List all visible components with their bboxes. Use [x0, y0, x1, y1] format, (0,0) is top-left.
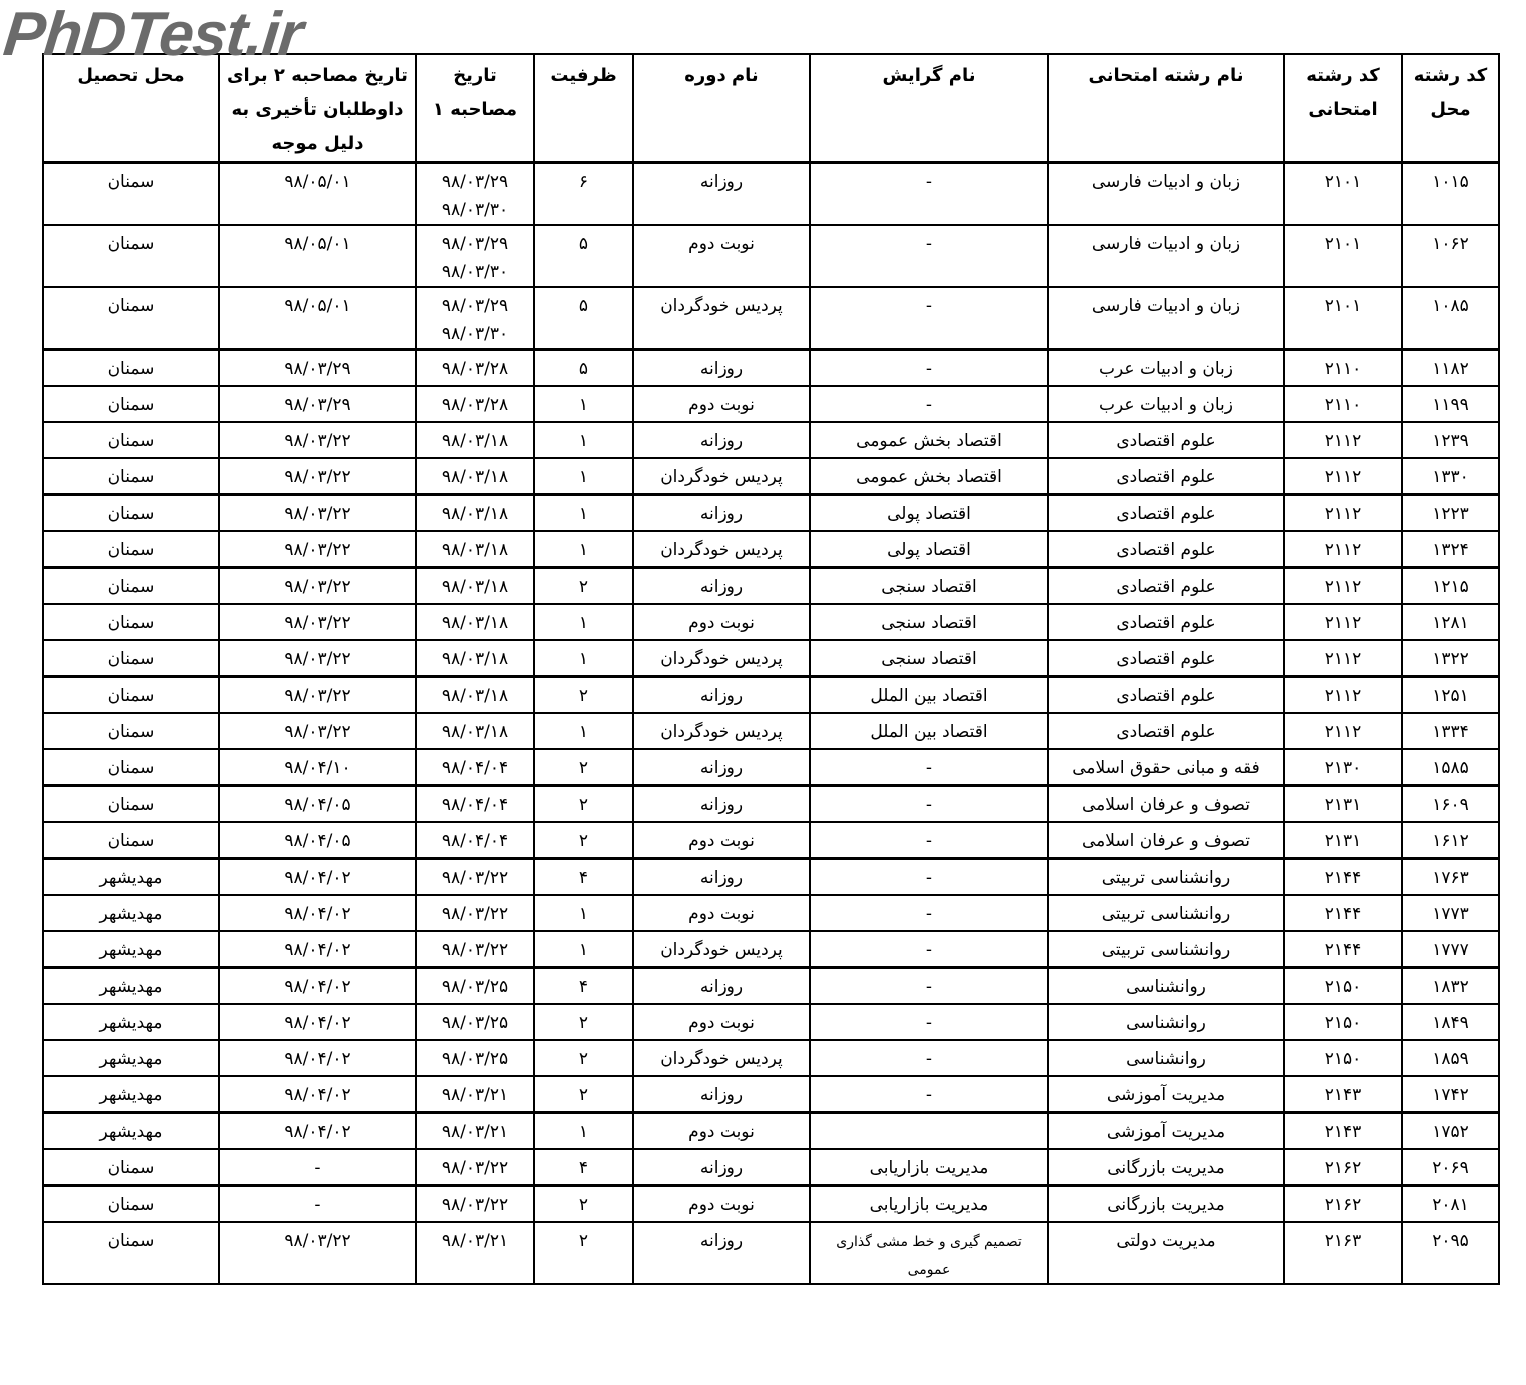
course-text: نوبت دوم	[688, 1122, 755, 1142]
table-row: ۲۰۸۱۲۱۶۲مدیریت بازرگانیمدیریت بازاریابین…	[43, 1186, 1499, 1223]
course-text: نوبت دوم	[688, 234, 755, 254]
interview2-text: ۹۸/۰۳/۲۲	[284, 467, 350, 487]
cell-interview2: ۹۸/۰۵/۰۱	[219, 225, 416, 287]
header-capacity: ظرفیت	[534, 54, 633, 163]
cell-interview2: ۹۸/۰۳/۲۲	[219, 1222, 416, 1284]
capacity-text: ۲	[579, 758, 588, 778]
interview1-date: ۹۸/۰۳/۲۹	[421, 168, 529, 196]
cell-interview1: ۹۸/۰۳/۲۵	[416, 1040, 534, 1076]
cell-capacity: ۲	[534, 1186, 633, 1223]
cell-capacity: ۲	[534, 1040, 633, 1076]
cell-code-exam: ۲۱۱۲	[1284, 640, 1402, 677]
cell-orientation: -	[810, 1076, 1048, 1113]
interview2-text: ۹۸/۰۳/۲۹	[284, 395, 350, 415]
cell-orientation: -	[810, 287, 1048, 350]
interview2-text: ۹۸/۰۳/۲۲	[284, 613, 350, 633]
cell-code-exam: ۲۱۰۱	[1284, 163, 1402, 226]
table-row: ۱۸۴۹۲۱۵۰روانشناسی-نوبت دوم۲۹۸/۰۳/۲۵۹۸/۰۴…	[43, 1004, 1499, 1040]
cell-course: نوبت دوم	[633, 1004, 810, 1040]
code-mahal-text: ۱۳۲۲	[1432, 649, 1469, 669]
cell-course: نوبت دوم	[633, 386, 810, 422]
interview2-text: ۹۸/۰۴/۰۲	[284, 868, 350, 888]
code-mahal-text: ۱۵۸۵	[1432, 758, 1469, 778]
course-text: پردیس خودگردان	[660, 540, 783, 560]
code-mahal-text: ۲۰۹۵	[1432, 1231, 1469, 1251]
exam-field-text: زبان و ادبیات فارسی	[1092, 172, 1240, 192]
location-text: سمنان	[108, 686, 155, 706]
table-row: ۱۷۴۲۲۱۴۳مدیریت آموزشی-روزانه۲۹۸/۰۳/۲۱۹۸/…	[43, 1076, 1499, 1113]
table-body: ۱۰۱۵۲۱۰۱زبان و ادبیات فارسی-روزانه۶۹۸/۰۳…	[43, 163, 1499, 1285]
cell-course: نوبت دوم	[633, 822, 810, 859]
interview1-text: ۹۸/۰۳/۲۸	[442, 395, 508, 415]
header-course: نام دوره	[633, 54, 810, 163]
interview2-text: ۹۸/۰۳/۲۲	[284, 722, 350, 742]
orientation-text: مدیریت بازاریابی	[870, 1158, 989, 1178]
interview1-text: ۹۸/۰۳/۲۵	[442, 977, 508, 997]
capacity-text: ۵	[579, 234, 588, 254]
code-mahal-text: ۱۲۱۵	[1432, 577, 1469, 597]
cell-capacity: ۱	[534, 895, 633, 931]
cell-code-exam: ۲۱۱۲	[1284, 568, 1402, 605]
interview2-text: ۹۸/۰۴/۰۲	[284, 940, 350, 960]
table-row: ۱۸۵۹۲۱۵۰روانشناسی-پردیس خودگردان۲۹۸/۰۳/۲…	[43, 1040, 1499, 1076]
capacity-text: ۱	[579, 649, 588, 669]
cell-capacity: ۲	[534, 786, 633, 823]
code-mahal-text: ۱۶۱۲	[1432, 831, 1469, 851]
interview2-text: ۹۸/۰۵/۰۱	[284, 234, 350, 254]
cell-interview2: ۹۸/۰۴/۰۲	[219, 1004, 416, 1040]
table-row: ۱۶۰۹۲۱۳۱تصوف و عرفان اسلامی-روزانه۲۹۸/۰۴…	[43, 786, 1499, 823]
cell-interview1: ۹۸/۰۳/۲۵	[416, 1004, 534, 1040]
cell-location: سمنان	[43, 822, 219, 859]
code-exam-text: ۲۱۴۳	[1325, 1085, 1362, 1105]
capacity-text: ۱	[579, 940, 588, 960]
course-text: روزانه	[700, 172, 743, 192]
orientation-text: اقتصاد پولی	[887, 504, 971, 524]
exam-field-text: روانشناسی	[1126, 977, 1206, 997]
code-exam-text: ۲۱۱۲	[1325, 431, 1362, 451]
cell-location: سمنان	[43, 640, 219, 677]
cell-code-mahal: ۱۱۸۲	[1402, 350, 1499, 387]
capacity-text: ۲	[579, 1049, 588, 1069]
capacity-text: ۱	[579, 722, 588, 742]
cell-code-mahal: ۱۸۳۲	[1402, 968, 1499, 1005]
code-mahal-text: ۱۸۳۲	[1432, 977, 1469, 997]
cell-orientation: -	[810, 931, 1048, 968]
cell-course: پردیس خودگردان	[633, 458, 810, 495]
interview1-text: ۹۸/۰۳/۲۵	[442, 1049, 508, 1069]
cell-location: سمنان	[43, 604, 219, 640]
orientation-text: -	[926, 758, 932, 778]
cell-interview1: ۹۸/۰۴/۰۴	[416, 786, 534, 823]
interview2-text: ۹۸/۰۳/۲۲	[284, 431, 350, 451]
interview2-text: ۹۸/۰۳/۲۹	[284, 359, 350, 379]
code-exam-text: ۲۱۳۱	[1325, 795, 1362, 815]
cell-orientation: -	[810, 386, 1048, 422]
interview2-text: ۹۸/۰۳/۲۲	[284, 540, 350, 560]
code-exam-text: ۲۱۱۲	[1325, 613, 1362, 633]
cell-interview2: ۹۸/۰۴/۰۲	[219, 968, 416, 1005]
code-mahal-text: ۲۰۶۹	[1432, 1158, 1469, 1178]
cell-interview2: -	[219, 1149, 416, 1186]
cell-exam-field: روانشناسی تربیتی	[1048, 895, 1284, 931]
code-exam-text: ۲۱۱۰	[1325, 359, 1362, 379]
interview2-text: ۹۸/۰۳/۲۲	[284, 504, 350, 524]
cell-code-mahal: ۱۷۷۳	[1402, 895, 1499, 931]
cell-code-exam: ۲۱۱۲	[1284, 713, 1402, 749]
cell-capacity: ۲	[534, 749, 633, 786]
interview1-text: ۹۸/۰۳/۲۲	[442, 904, 508, 924]
cell-code-mahal: ۱۲۲۳	[1402, 495, 1499, 532]
location-text: سمنان	[108, 359, 155, 379]
cell-interview2: ۹۸/۰۳/۲۲	[219, 422, 416, 458]
code-exam-text: ۲۱۱۲	[1325, 467, 1362, 487]
code-mahal-text: ۱۲۸۱	[1432, 613, 1469, 633]
cell-code-mahal: ۱۳۲۲	[1402, 640, 1499, 677]
exam-field-text: تصوف و عرفان اسلامی	[1082, 831, 1250, 851]
orientation-text: -	[926, 1013, 932, 1033]
interview1-text: ۹۸/۰۳/۱۸	[442, 577, 508, 597]
cell-code-mahal: ۱۲۱۵	[1402, 568, 1499, 605]
interview1-text: ۹۸/۰۳/۱۸	[442, 504, 508, 524]
course-text: پردیس خودگردان	[660, 940, 783, 960]
cell-capacity: ۴	[534, 1149, 633, 1186]
cell-interview2: ۹۸/۰۴/۰۵	[219, 786, 416, 823]
course-text: روزانه	[700, 795, 743, 815]
cell-code-mahal: ۱۰۶۲	[1402, 225, 1499, 287]
location-text: مهدیشهر	[100, 977, 163, 997]
cell-orientation: اقتصاد پولی	[810, 531, 1048, 568]
code-exam-text: ۲۱۶۲	[1325, 1195, 1362, 1215]
table-row: ۱۲۲۳۲۱۱۲علوم اقتصادیاقتصاد پولیروزانه۱۹۸…	[43, 495, 1499, 532]
cell-course: پردیس خودگردان	[633, 640, 810, 677]
cell-interview1: ۹۸/۰۳/۱۸	[416, 677, 534, 714]
interview2-text: ۹۸/۰۴/۰۲	[284, 1085, 350, 1105]
cell-capacity: ۲	[534, 568, 633, 605]
exam-field-text: مدیریت آموزشی	[1107, 1085, 1225, 1105]
cell-exam-field: فقه و مبانی حقوق اسلامی	[1048, 749, 1284, 786]
cell-exam-field: مدیریت آموزشی	[1048, 1113, 1284, 1150]
exam-field-text: زبان و ادبیات فارسی	[1092, 234, 1240, 254]
cell-capacity: ۱	[534, 931, 633, 968]
capacity-text: ۱	[579, 467, 588, 487]
cell-orientation: -	[810, 350, 1048, 387]
cell-interview1: ۹۸/۰۳/۲۸	[416, 350, 534, 387]
cell-interview2: ۹۸/۰۳/۲۲	[219, 531, 416, 568]
orientation-text: -	[926, 395, 932, 415]
cell-course: نوبت دوم	[633, 1186, 810, 1223]
cell-capacity: ۵	[534, 225, 633, 287]
cell-orientation: مدیریت بازاریابی	[810, 1186, 1048, 1223]
cell-location: سمنان	[43, 163, 219, 226]
course-text: روزانه	[700, 359, 743, 379]
location-text: سمنان	[108, 467, 155, 487]
course-text: نوبت دوم	[688, 904, 755, 924]
course-text: روزانه	[700, 758, 743, 778]
cell-capacity: ۱	[534, 458, 633, 495]
course-text: نوبت دوم	[688, 1013, 755, 1033]
course-text: روزانه	[700, 577, 743, 597]
cell-code-exam: ۲۱۱۰	[1284, 350, 1402, 387]
cell-location: سمنان	[43, 713, 219, 749]
cell-orientation: اقتصاد بین الملل	[810, 677, 1048, 714]
cell-exam-field: زبان و ادبیات عرب	[1048, 350, 1284, 387]
cell-location: مهدیشهر	[43, 968, 219, 1005]
cell-code-exam: ۲۱۱۲	[1284, 422, 1402, 458]
cell-code-mahal: ۱۶۱۲	[1402, 822, 1499, 859]
cell-location: مهدیشهر	[43, 1004, 219, 1040]
table-row: ۱۷۵۲۲۱۴۳مدیریت آموزشینوبت دوم۱۹۸/۰۳/۲۱۹۸…	[43, 1113, 1499, 1150]
interview1-date-alt: ۹۸/۰۳/۳۰	[421, 196, 529, 224]
location-text: سمنان	[108, 395, 155, 415]
header-row: کد رشته محل کد رشته امتحانی نام رشته امت…	[43, 54, 1499, 163]
interview1-text: ۹۸/۰۳/۱۸	[442, 540, 508, 560]
course-text: روزانه	[700, 868, 743, 888]
cell-location: سمنان	[43, 386, 219, 422]
code-mahal-text: ۱۰۸۵	[1432, 296, 1469, 316]
cell-code-mahal: ۱۸۵۹	[1402, 1040, 1499, 1076]
interview1-text: ۹۸/۰۳/۲۵	[442, 1013, 508, 1033]
course-text: روزانه	[700, 686, 743, 706]
capacity-text: ۲	[579, 577, 588, 597]
cell-interview1: ۹۸/۰۴/۰۴	[416, 822, 534, 859]
location-text: سمنان	[108, 172, 155, 192]
table-row: ۱۸۳۲۲۱۵۰روانشناسی-روزانه۴۹۸/۰۳/۲۵۹۸/۰۴/۰…	[43, 968, 1499, 1005]
cell-code-exam: ۲۱۵۰	[1284, 1004, 1402, 1040]
cell-course: روزانه	[633, 677, 810, 714]
interview1-text: ۹۸/۰۳/۱۸	[442, 613, 508, 633]
cell-code-exam: ۲۱۴۳	[1284, 1113, 1402, 1150]
course-text: روزانه	[700, 431, 743, 451]
cell-code-mahal: ۱۲۳۹	[1402, 422, 1499, 458]
table-row: ۱۳۲۴۲۱۱۲علوم اقتصادیاقتصاد پولیپردیس خود…	[43, 531, 1499, 568]
cell-interview1: ۹۸/۰۳/۲۹۹۸/۰۳/۳۰	[416, 225, 534, 287]
location-text: سمنان	[108, 296, 155, 316]
cell-interview2: ۹۸/۰۴/۰۲	[219, 931, 416, 968]
cell-interview1: ۹۸/۰۳/۱۸	[416, 495, 534, 532]
interview2-text: ۹۸/۰۵/۰۱	[284, 172, 350, 192]
cell-code-exam: ۲۱۱۰	[1284, 386, 1402, 422]
exam-field-text: روانشناسی تربیتی	[1102, 940, 1230, 960]
location-text: مهدیشهر	[100, 940, 163, 960]
cell-exam-field: روانشناسی تربیتی	[1048, 931, 1284, 968]
cell-orientation: -	[810, 163, 1048, 226]
orientation-text: -	[926, 940, 932, 960]
cell-location: مهدیشهر	[43, 1113, 219, 1150]
capacity-text: ۱	[579, 904, 588, 924]
cell-code-mahal: ۱۵۸۵	[1402, 749, 1499, 786]
cell-code-exam: ۲۱۳۱	[1284, 786, 1402, 823]
cell-code-mahal: ۱۱۹۹	[1402, 386, 1499, 422]
cell-capacity: ۶	[534, 163, 633, 226]
cell-location: سمنان	[43, 225, 219, 287]
interview1-text: ۹۸/۰۴/۰۴	[442, 758, 508, 778]
cell-orientation	[810, 1113, 1048, 1150]
capacity-text: ۲	[579, 795, 588, 815]
cell-location: سمنان	[43, 350, 219, 387]
orientation-text: -	[926, 795, 932, 815]
cell-orientation: -	[810, 1004, 1048, 1040]
cell-code-exam: ۲۱۱۲	[1284, 495, 1402, 532]
interview2-text: -	[314, 1195, 320, 1215]
capacity-text: ۲	[579, 1085, 588, 1105]
location-text: سمنان	[108, 722, 155, 742]
cell-code-mahal: ۱۳۳۴	[1402, 713, 1499, 749]
cell-exam-field: علوم اقتصادی	[1048, 713, 1284, 749]
location-text: مهدیشهر	[100, 1013, 163, 1033]
interview2-text: ۹۸/۰۴/۰۲	[284, 1013, 350, 1033]
cell-code-mahal: ۱۷۷۷	[1402, 931, 1499, 968]
cell-course: روزانه	[633, 163, 810, 226]
orientation-text: -	[926, 296, 932, 316]
cell-code-mahal: ۱۳۳۰	[1402, 458, 1499, 495]
cell-interview1: ۹۸/۰۳/۱۸	[416, 713, 534, 749]
cell-location: سمنان	[43, 422, 219, 458]
cell-orientation: اقتصاد سنجی	[810, 604, 1048, 640]
interview1-date: ۹۸/۰۳/۲۹	[421, 230, 529, 258]
cell-exam-field: روانشناسی	[1048, 968, 1284, 1005]
location-text: سمنان	[108, 577, 155, 597]
location-text: سمنان	[108, 1231, 155, 1251]
cell-capacity: ۱	[534, 422, 633, 458]
cell-orientation: -	[810, 225, 1048, 287]
course-text: نوبت دوم	[688, 831, 755, 851]
orientation-text: -	[926, 868, 932, 888]
orientation-text: -	[926, 234, 932, 254]
cell-exam-field: علوم اقتصادی	[1048, 677, 1284, 714]
cell-code-exam: ۲۱۵۰	[1284, 1040, 1402, 1076]
cell-code-mahal: ۱۷۵۲	[1402, 1113, 1499, 1150]
cell-orientation: اقتصاد سنجی	[810, 568, 1048, 605]
code-mahal-text: ۱۳۳۰	[1432, 467, 1469, 487]
code-mahal-text: ۲۰۸۱	[1432, 1195, 1469, 1215]
orientation-text: تصمیم گیری و خط مشی گذاری عمومی	[836, 1234, 1021, 1278]
cell-code-exam: ۲۱۳۰	[1284, 749, 1402, 786]
code-exam-text: ۲۱۱۲	[1325, 540, 1362, 560]
code-mahal-text: ۱۲۵۱	[1432, 686, 1469, 706]
capacity-text: ۱	[579, 540, 588, 560]
location-text: سمنان	[108, 1195, 155, 1215]
course-text: پردیس خودگردان	[660, 467, 783, 487]
cell-exam-field: زبان و ادبیات عرب	[1048, 386, 1284, 422]
capacity-text: ۲	[579, 831, 588, 851]
cell-code-exam: ۲۱۱۲	[1284, 458, 1402, 495]
location-text: سمنان	[108, 613, 155, 633]
cell-course: پردیس خودگردان	[633, 1040, 810, 1076]
table-row: ۱۱۸۲۲۱۱۰زبان و ادبیات عرب-روزانه۵۹۸/۰۳/۲…	[43, 350, 1499, 387]
cell-exam-field: روانشناسی	[1048, 1040, 1284, 1076]
capacity-text: ۱	[579, 395, 588, 415]
cell-location: سمنان	[43, 1222, 219, 1284]
cell-location: سمنان	[43, 1149, 219, 1186]
interview1-date-alt: ۹۸/۰۳/۳۰	[421, 258, 529, 286]
interview1-date-alt: ۹۸/۰۳/۳۰	[421, 320, 529, 348]
cell-exam-field: مدیریت دولتی	[1048, 1222, 1284, 1284]
code-exam-text: ۲۱۱۲	[1325, 722, 1362, 742]
code-mahal-text: ۱۸۴۹	[1432, 1013, 1469, 1033]
interview1-text: ۹۸/۰۳/۲۱	[442, 1231, 508, 1251]
orientation-text: اقتصاد سنجی	[881, 649, 976, 669]
cell-interview1: ۹۸/۰۳/۲۵	[416, 968, 534, 1005]
cell-code-exam: ۲۱۱۲	[1284, 677, 1402, 714]
cell-code-mahal: ۲۰۸۱	[1402, 1186, 1499, 1223]
code-mahal-text: ۱۳۲۴	[1432, 540, 1469, 560]
cell-interview2: ۹۸/۰۴/۰۵	[219, 822, 416, 859]
capacity-text: ۵	[579, 359, 588, 379]
cell-orientation: مدیریت بازاریابی	[810, 1149, 1048, 1186]
cell-code-mahal: ۱۸۴۹	[1402, 1004, 1499, 1040]
cell-capacity: ۲	[534, 1076, 633, 1113]
cell-interview2: ۹۸/۰۳/۲۲	[219, 677, 416, 714]
code-mahal-text: ۱۱۹۹	[1432, 395, 1469, 415]
cell-interview1: ۹۸/۰۳/۲۹۹۸/۰۳/۳۰	[416, 163, 534, 226]
exam-field-text: علوم اقتصادی	[1116, 540, 1215, 560]
interview1-text: ۹۸/۰۳/۲۱	[442, 1122, 508, 1142]
code-mahal-text: ۱۰۶۲	[1432, 234, 1469, 254]
location-text: مهدیشهر	[100, 1049, 163, 1069]
capacity-text: ۵	[579, 296, 588, 316]
cell-interview2: ۹۸/۰۴/۰۲	[219, 895, 416, 931]
capacity-text: ۱	[579, 504, 588, 524]
code-mahal-text: ۱۸۵۹	[1432, 1049, 1469, 1069]
cell-interview1: ۹۸/۰۳/۲۲	[416, 1149, 534, 1186]
cell-exam-field: زبان و ادبیات فارسی	[1048, 287, 1284, 350]
table-row: ۱۳۳۰۲۱۱۲علوم اقتصادیاقتصاد بخش عمومیپردی…	[43, 458, 1499, 495]
cell-orientation: -	[810, 968, 1048, 1005]
location-text: سمنان	[108, 831, 155, 851]
cell-exam-field: علوم اقتصادی	[1048, 531, 1284, 568]
cell-location: سمنان	[43, 568, 219, 605]
orientation-text: مدیریت بازاریابی	[870, 1195, 989, 1215]
table-row: ۱۷۶۳۲۱۴۴روانشناسی تربیتی-روزانه۴۹۸/۰۳/۲۲…	[43, 859, 1499, 896]
cell-interview2: ۹۸/۰۳/۲۹	[219, 350, 416, 387]
code-exam-text: ۲۱۰۱	[1325, 234, 1362, 254]
cell-course: روزانه	[633, 1149, 810, 1186]
cell-location: مهدیشهر	[43, 1040, 219, 1076]
orientation-text: اقتصاد بین الملل	[870, 722, 987, 742]
cell-course: روزانه	[633, 968, 810, 1005]
cell-course: روزانه	[633, 749, 810, 786]
code-mahal-text: ۱۳۳۴	[1432, 722, 1469, 742]
exam-field-text: مدیریت دولتی	[1116, 1231, 1215, 1251]
cell-interview1: ۹۸/۰۳/۱۸	[416, 604, 534, 640]
exam-field-text: علوم اقتصادی	[1116, 722, 1215, 742]
code-exam-text: ۲۱۱۰	[1325, 395, 1362, 415]
capacity-text: ۴	[579, 1158, 588, 1178]
code-exam-text: ۲۱۱۲	[1325, 577, 1362, 597]
exam-field-text: تصوف و عرفان اسلامی	[1082, 795, 1250, 815]
cell-capacity: ۱	[534, 713, 633, 749]
cell-interview2: ۹۸/۰۴/۱۰	[219, 749, 416, 786]
cell-exam-field: علوم اقتصادی	[1048, 604, 1284, 640]
code-exam-text: ۲۱۳۰	[1325, 758, 1362, 778]
exam-field-text: زبان و ادبیات فارسی	[1092, 296, 1240, 316]
cell-code-exam: ۲۱۴۳	[1284, 1076, 1402, 1113]
cell-location: سمنان	[43, 1186, 219, 1223]
interview1-text: ۹۸/۰۳/۱۸	[442, 467, 508, 487]
code-exam-text: ۲۱۱۲	[1325, 504, 1362, 524]
code-mahal-text: ۱۶۰۹	[1432, 795, 1469, 815]
cell-interview1: ۹۸/۰۳/۲۲	[416, 1186, 534, 1223]
cell-code-exam: ۲۱۰۱	[1284, 287, 1402, 350]
capacity-text: ۶	[579, 172, 588, 192]
interview1-text: ۹۸/۰۳/۲۲	[442, 1195, 508, 1215]
cell-capacity: ۱	[534, 640, 633, 677]
cell-interview1: ۹۸/۰۳/۲۱	[416, 1076, 534, 1113]
code-exam-text: ۲۱۰۱	[1325, 172, 1362, 192]
orientation-text: اقتصاد سنجی	[881, 613, 976, 633]
location-text: سمنان	[108, 795, 155, 815]
